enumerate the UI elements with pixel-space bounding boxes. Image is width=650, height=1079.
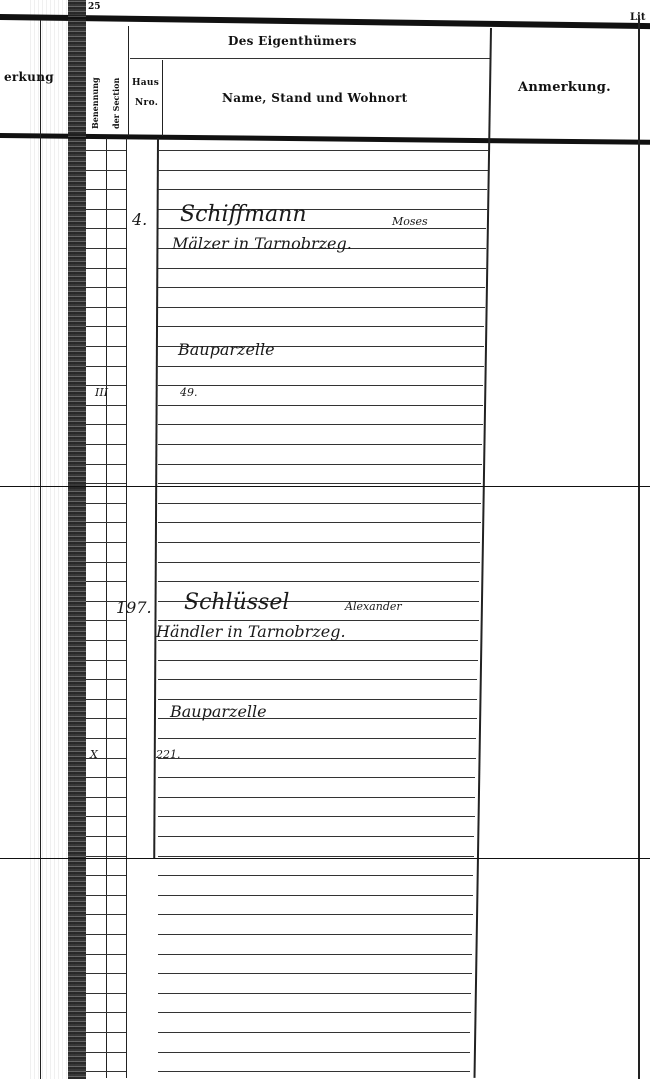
entry-1-haus-nr: 4.	[132, 210, 147, 229]
ruled-line	[86, 542, 126, 543]
ruled-line	[158, 405, 483, 406]
ruled-line	[86, 287, 126, 288]
entry-2-given-name: Alexander	[345, 600, 402, 613]
ruled-line	[86, 209, 126, 210]
ruled-line	[86, 875, 126, 876]
ruled-line	[86, 856, 126, 857]
ruled-line	[86, 1032, 126, 1033]
ruled-line	[158, 385, 483, 386]
entry-2-parcel-nr: 221.	[156, 748, 181, 761]
ruled-line	[86, 326, 126, 327]
ruled-line	[86, 738, 126, 739]
ruled-line	[86, 679, 126, 680]
ruled-line	[158, 954, 472, 955]
ruled-line	[86, 189, 126, 190]
ruled-line	[158, 679, 477, 680]
ruled-line	[158, 1032, 470, 1033]
ruled-line	[86, 581, 126, 582]
col-line	[162, 60, 163, 136]
ruled-line	[86, 973, 126, 974]
owner-group-label: Des Eigenthümers	[228, 34, 357, 48]
ruled-line	[158, 581, 479, 582]
ruled-line	[158, 856, 474, 857]
ruled-line	[86, 268, 126, 269]
entry-2-occupation: Händler in Tarnobrzeg.	[156, 622, 346, 641]
ruled-line	[158, 562, 480, 563]
col-line	[638, 18, 640, 1079]
ruled-line	[158, 287, 485, 288]
top-rule	[0, 14, 650, 29]
ruled-line	[86, 797, 126, 798]
entry-2-section: X	[90, 748, 98, 761]
ruled-line	[158, 1071, 470, 1072]
ruled-line	[158, 895, 473, 896]
ruled-line	[158, 797, 475, 798]
ruled-line	[158, 738, 476, 739]
entry-1-occupation: Mälzer in Tarnobrzeg.	[172, 234, 352, 253]
ruled-line	[158, 170, 488, 171]
ruled-line	[86, 150, 126, 151]
ruled-line	[158, 424, 483, 425]
ruled-line	[158, 503, 481, 504]
ruled-line	[86, 836, 126, 837]
ruled-line	[86, 405, 126, 406]
ruled-line	[158, 914, 473, 915]
ruled-line	[86, 640, 126, 641]
entry-1-name: Schiffmann	[180, 202, 307, 227]
ruled-line	[158, 150, 488, 151]
ruled-line	[86, 777, 126, 778]
ruled-line	[158, 973, 472, 974]
entry-2-parcel-type: Bauparzelle	[170, 702, 267, 721]
ruled-line	[158, 228, 486, 229]
entry-1-section: III	[95, 386, 108, 399]
ruled-line	[158, 836, 474, 837]
block-separator	[0, 486, 650, 487]
binding-spine	[68, 0, 86, 1079]
ruled-line	[158, 366, 484, 367]
col-line	[474, 28, 492, 1078]
ruled-line	[86, 934, 126, 935]
haus-label: Haus	[132, 78, 159, 88]
ruled-line	[158, 522, 481, 523]
ruled-line	[158, 993, 471, 994]
page-mark-left: 25	[88, 2, 101, 12]
ruled-line	[158, 307, 485, 308]
ruled-line	[86, 170, 126, 171]
entry-1-parcel-type: Bauparzelle	[178, 340, 275, 359]
nr-label: Nro.	[135, 98, 158, 108]
ruled-line	[86, 895, 126, 896]
ruled-line	[158, 816, 475, 817]
ruled-line	[86, 620, 126, 621]
ruled-line	[86, 346, 126, 347]
ruled-line	[86, 914, 126, 915]
entry-2-name: Schlüssel	[184, 590, 289, 615]
ruled-line	[158, 326, 484, 327]
ruled-line	[86, 366, 126, 367]
ruled-line	[158, 934, 472, 935]
ruled-line	[158, 189, 487, 190]
ruled-line	[86, 522, 126, 523]
header-bottom-rule	[0, 133, 650, 145]
ruled-line	[86, 660, 126, 661]
ruled-line	[158, 699, 477, 700]
ruled-line	[86, 699, 126, 700]
ruled-line	[158, 660, 478, 661]
ruled-line	[158, 758, 476, 759]
ruled-line	[86, 1071, 126, 1072]
ruled-line	[158, 875, 473, 876]
entry-2-haus-nr: 197.	[116, 598, 152, 617]
col-line	[40, 20, 41, 1079]
ruled-line	[86, 1052, 126, 1053]
ruled-line	[86, 816, 126, 817]
ruled-line	[86, 228, 126, 229]
ruled-line	[86, 562, 126, 563]
ruled-line	[86, 993, 126, 994]
ruled-line	[86, 248, 126, 249]
ruled-line	[86, 464, 126, 465]
ruled-line	[158, 464, 482, 465]
entry-1-given-name: Moses	[392, 215, 428, 228]
remarks-left-partial: erkung	[4, 70, 54, 84]
ruled-line	[86, 424, 126, 425]
ruled-line	[158, 444, 482, 445]
header-divider	[130, 58, 490, 59]
ruled-line	[158, 542, 480, 543]
remarks-label: Anmerkung.	[518, 80, 611, 95]
ruled-line	[158, 1012, 471, 1013]
section-label-1: Benennung	[90, 34, 100, 129]
block-separator	[0, 858, 650, 859]
owner-col-label: Name, Stand und Wohnort	[222, 91, 407, 105]
ruled-line	[86, 307, 126, 308]
ruled-line	[86, 718, 126, 719]
entry-1-parcel-nr: 49.	[180, 386, 198, 399]
col-line	[128, 26, 129, 136]
section-label-2: der Section	[111, 34, 121, 129]
ruled-line	[158, 268, 486, 269]
ruled-line	[86, 954, 126, 955]
ruled-line	[158, 1052, 470, 1053]
ruled-line	[158, 777, 475, 778]
ruled-line	[158, 483, 481, 484]
ruled-line	[86, 1012, 126, 1013]
ruled-line	[86, 444, 126, 445]
ruled-line	[86, 503, 126, 504]
col-line	[106, 138, 107, 1078]
ruled-line	[86, 483, 126, 484]
